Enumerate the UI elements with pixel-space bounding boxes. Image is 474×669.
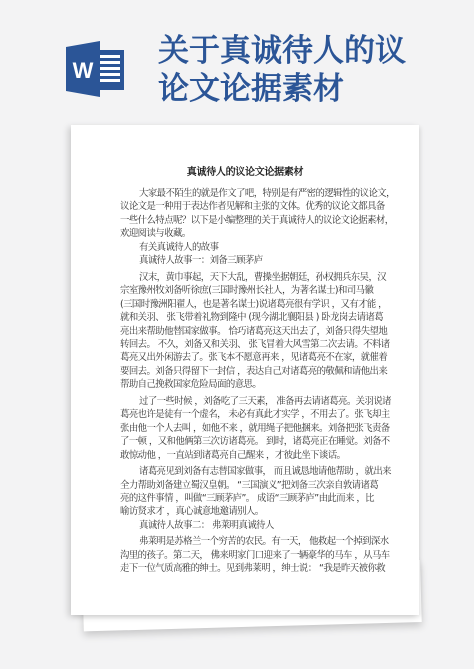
page-title: 关于真诚待人的议 论文论据素材 bbox=[158, 32, 418, 108]
text-line: 亮的这件事情 ，叫做“三顾茅庐”。 成语“三顾茅庐”由此而来 ，比 bbox=[120, 492, 372, 505]
document-title: 真诚待人的议论文论据素材 bbox=[71, 163, 419, 178]
title-line-2: 论文论据素材 bbox=[158, 70, 418, 108]
text-line: 一些什么特点呢？以下是小编整理的关于真诚待人的议论文论据素材， bbox=[120, 214, 372, 227]
text-line: 诸葛亮见到刘备有志替国家做事， 而且诚恳地请他帮助 ，就出来 bbox=[120, 465, 372, 478]
svg-text:W: W bbox=[73, 58, 94, 83]
text-line: 张由他一个人去叫 ，如他不来 ，就用绳子把他捆来。刘备把张飞责备 bbox=[120, 422, 372, 435]
text-line: 全力帮助刘备建立蜀汉皇朝。 “三国演义”把刘备三次亲自敦请诸葛 bbox=[120, 479, 372, 492]
text-line: (三国时豫洲阳翟人，也是著名谋士)说诸葛亮很有学识 ，又有才能 ， bbox=[120, 298, 372, 311]
text-line: 就和关羽、 张飞带着礼物到隆中 (现今湖北襄阳县 ) 卧龙岗去请诸葛 bbox=[120, 311, 372, 324]
text-line: 葛亮也许是徒有一个虚名， 未必有真此才实学 ，不用去了。张飞却主 bbox=[120, 408, 372, 421]
text-line: 沟里的孩子。第二天， 佛来明家门口迎来了一辆豪华的马车 ，从马车 bbox=[120, 549, 372, 562]
text-line: 要回去。刘备只得留下一封信 ，表达自己对诸葛亮的敬佩和请他出来 bbox=[120, 365, 372, 378]
text-line: 亮出来帮助他替国家做事。 恰巧诸葛亮这天出去了，刘备只得失望地 bbox=[120, 325, 372, 338]
text-line: 汉末，黄巾事起，天下大乱，曹操坐据朝廷，孙权拥兵东吴，汉 bbox=[120, 271, 372, 284]
text-line: 转回去。 不久，刘备又和关羽、 张飞冒着大风雪第二次去请。不料诸 bbox=[120, 338, 372, 351]
text-line: 议论文是一种用于表达作者见解和主张的文体。优秀的议论文都具备 bbox=[120, 200, 372, 213]
story-heading: 真诚待人故事一：刘备三顾茅庐 bbox=[120, 254, 372, 267]
title-line-1: 关于真诚待人的议 bbox=[158, 32, 418, 70]
text-line: 喻访贤求才 ，真心诚意地邀请别人。 bbox=[120, 505, 372, 518]
document-page: 真诚待人的议论文论据素材 大家最不陌生的就是作文了吧，特别是有严密的逻辑性的议论… bbox=[71, 125, 419, 615]
text-line: 欢迎阅读与收藏。 bbox=[120, 227, 372, 240]
text-line: 了一顿 ，又和他俩第三次访诸葛亮。 到时，诸葛亮正在睡觉。刘备不 bbox=[120, 435, 372, 448]
story-heading: 真诚待人故事二： 弗莱明真诚待人 bbox=[120, 519, 372, 532]
text-line: 过了一些时候 ，刘备吃了三天素， 准备再去请诸葛亮。关羽说诸 bbox=[120, 395, 372, 408]
section-heading: 有关真诚待人的故事 bbox=[120, 241, 372, 254]
text-line: 弗莱明是苏格兰一个穷苦的农民。有一天， 他救起一个掉到深水 bbox=[120, 535, 372, 548]
header-banner: W 关于真诚待人的议 论文论据素材 bbox=[0, 0, 474, 120]
word-document-icon: W bbox=[66, 41, 126, 97]
text-line: 走下一位气质高雅的绅士。见到弗莱明 ，绅士说： “我是昨天被你救 bbox=[120, 562, 372, 575]
text-line: 大家最不陌生的就是作文了吧，特别是有严密的逻辑性的议论文， bbox=[120, 187, 372, 200]
text-line: 帮助自己挽救国家危险局面的意思。 bbox=[120, 378, 372, 391]
document-body: 大家最不陌生的就是作文了吧，特别是有严密的逻辑性的议论文， 议论文是一种用于表达… bbox=[120, 187, 372, 576]
text-line: 葛亮又出外闲游去了。张飞本不愿意再来 ，见诸葛亮不在家，就催着 bbox=[120, 351, 372, 364]
text-line: 敢惊动他 ，一直站到诸葛亮自己醒来 ，才彼此坐下谈话。 bbox=[120, 449, 372, 462]
text-line: 宗室豫州牧刘备听徐庶(三国时豫州长社人，为著名谋士)和司马徽 bbox=[120, 284, 372, 297]
